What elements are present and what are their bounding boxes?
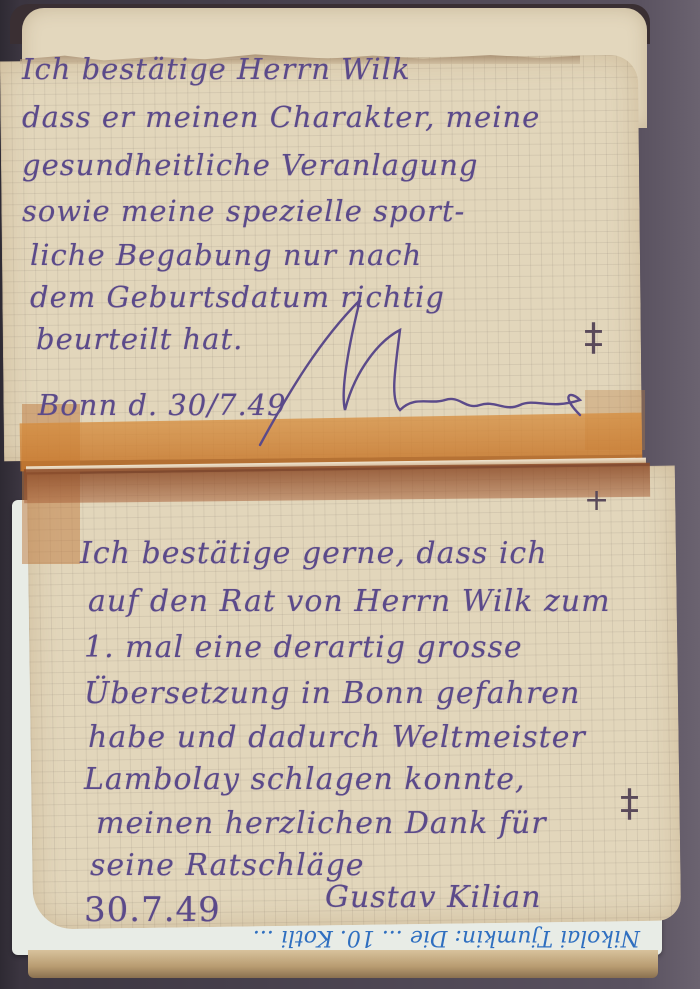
handwritten-line: sowie meine spezielle sport- bbox=[22, 194, 465, 228]
handwritten-line: meinen herzlichen Dank für bbox=[96, 806, 547, 841]
handwritten-line: auf den Rat von Herrn Wilk zum bbox=[88, 584, 611, 619]
margin-double-cross-mark: ‡ bbox=[620, 784, 639, 822]
handwritten-line: Übersetzung in Bonn gefahren bbox=[84, 676, 580, 711]
tape-strip-lower bbox=[24, 463, 650, 504]
margin-double-cross-mark: ‡ bbox=[584, 318, 603, 356]
book-page-edges bbox=[28, 950, 658, 978]
signature-alekhine bbox=[250, 300, 600, 450]
handwritten-line: seine Ratschläge bbox=[90, 848, 365, 883]
margin-cross-mark: + bbox=[584, 486, 609, 516]
upside-down-blue-note: Nikolai Tjumkin: Die ... 10. Kotli ... bbox=[200, 910, 640, 950]
handwritten-line: beurteilt hat. bbox=[36, 322, 243, 356]
handwritten-line: Lambolay schlagen konnte, bbox=[84, 762, 526, 797]
handwritten-line: dass er meinen Charakter, meine bbox=[22, 100, 540, 134]
handwritten-line: Ich bestätige Herrn Wilk bbox=[22, 52, 411, 86]
handwritten-line: liche Begabung nur nach bbox=[30, 238, 422, 272]
handwritten-line: gesundheitliche Veranlagung bbox=[22, 148, 478, 182]
handwritten-line: Ich bestätige gerne, dass ich bbox=[80, 536, 548, 571]
handwritten-line: habe und dadurch Weltmeister bbox=[88, 720, 586, 755]
handwritten-line: 1. mal eine derartig grosse bbox=[84, 630, 523, 665]
